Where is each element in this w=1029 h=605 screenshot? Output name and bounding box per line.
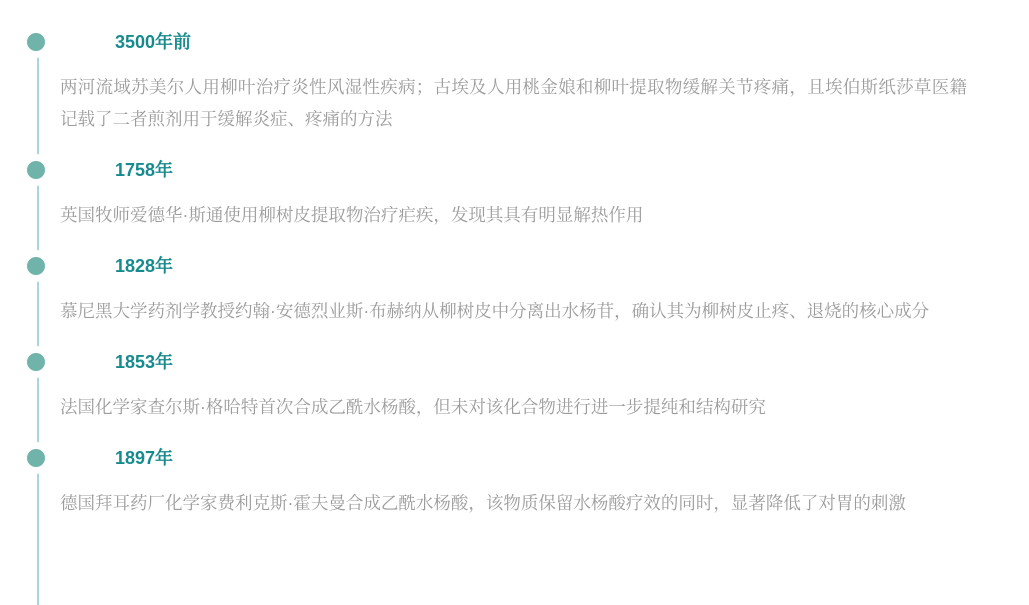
timeline-year-label: 1758年: [115, 159, 967, 181]
timeline-year-label: 1828年: [115, 255, 967, 277]
timeline-dot-icon: [27, 33, 45, 51]
timeline-description: 慕尼黑大学药剂学教授约翰·安德烈业斯·布赫纳从柳树皮中分离出水杨苷，确认其为柳树…: [60, 295, 967, 327]
timeline-item: 1897年 德国拜耳药厂化学家费利克斯·霍夫曼合成乙酰水杨酸，该物质保留水杨酸疗…: [0, 447, 1029, 519]
timeline-description: 德国拜耳药厂化学家费利克斯·霍夫曼合成乙酰水杨酸，该物质保留水杨酸疗效的同时，显…: [60, 487, 967, 519]
timeline-item: 3500年前 两河流域苏美尔人用柳叶治疗炎性风湿性疾病；古埃及人用桃金娘和柳叶提…: [0, 31, 1029, 135]
timeline-dot-icon: [27, 449, 45, 467]
timeline-item: 1853年 法国化学家查尔斯·格哈特首次合成乙酰水杨酸，但未对该化合物进行进一步…: [0, 351, 1029, 423]
timeline: 3500年前 两河流域苏美尔人用柳叶治疗炎性风湿性疾病；古埃及人用桃金娘和柳叶提…: [0, 0, 1029, 605]
page-canvas: 3500年前 两河流域苏美尔人用柳叶治疗炎性风湿性疾病；古埃及人用桃金娘和柳叶提…: [0, 0, 1029, 605]
timeline-description: 法国化学家查尔斯·格哈特首次合成乙酰水杨酸，但未对该化合物进行进一步提纯和结构研…: [60, 391, 967, 423]
timeline-year-label: 1853年: [115, 351, 967, 373]
timeline-dot-icon: [27, 353, 45, 371]
timeline-description: 英国牧师爱德华·斯通使用柳树皮提取物治疗疟疾，发现其具有明显解热作用: [60, 199, 967, 231]
timeline-year-label: 1897年: [115, 447, 967, 469]
timeline-year-label: 3500年前: [115, 31, 967, 53]
timeline-item: 1828年 慕尼黑大学药剂学教授约翰·安德烈业斯·布赫纳从柳树皮中分离出水杨苷，…: [0, 255, 1029, 327]
timeline-description: 两河流域苏美尔人用柳叶治疗炎性风湿性疾病；古埃及人用桃金娘和柳叶提取物缓解关节疼…: [60, 71, 967, 135]
timeline-dot-icon: [27, 161, 45, 179]
timeline-dot-icon: [27, 257, 45, 275]
timeline-items: 3500年前 两河流域苏美尔人用柳叶治疗炎性风湿性疾病；古埃及人用桃金娘和柳叶提…: [0, 31, 1029, 519]
timeline-item: 1758年 英国牧师爱德华·斯通使用柳树皮提取物治疗疟疾，发现其具有明显解热作用: [0, 159, 1029, 231]
